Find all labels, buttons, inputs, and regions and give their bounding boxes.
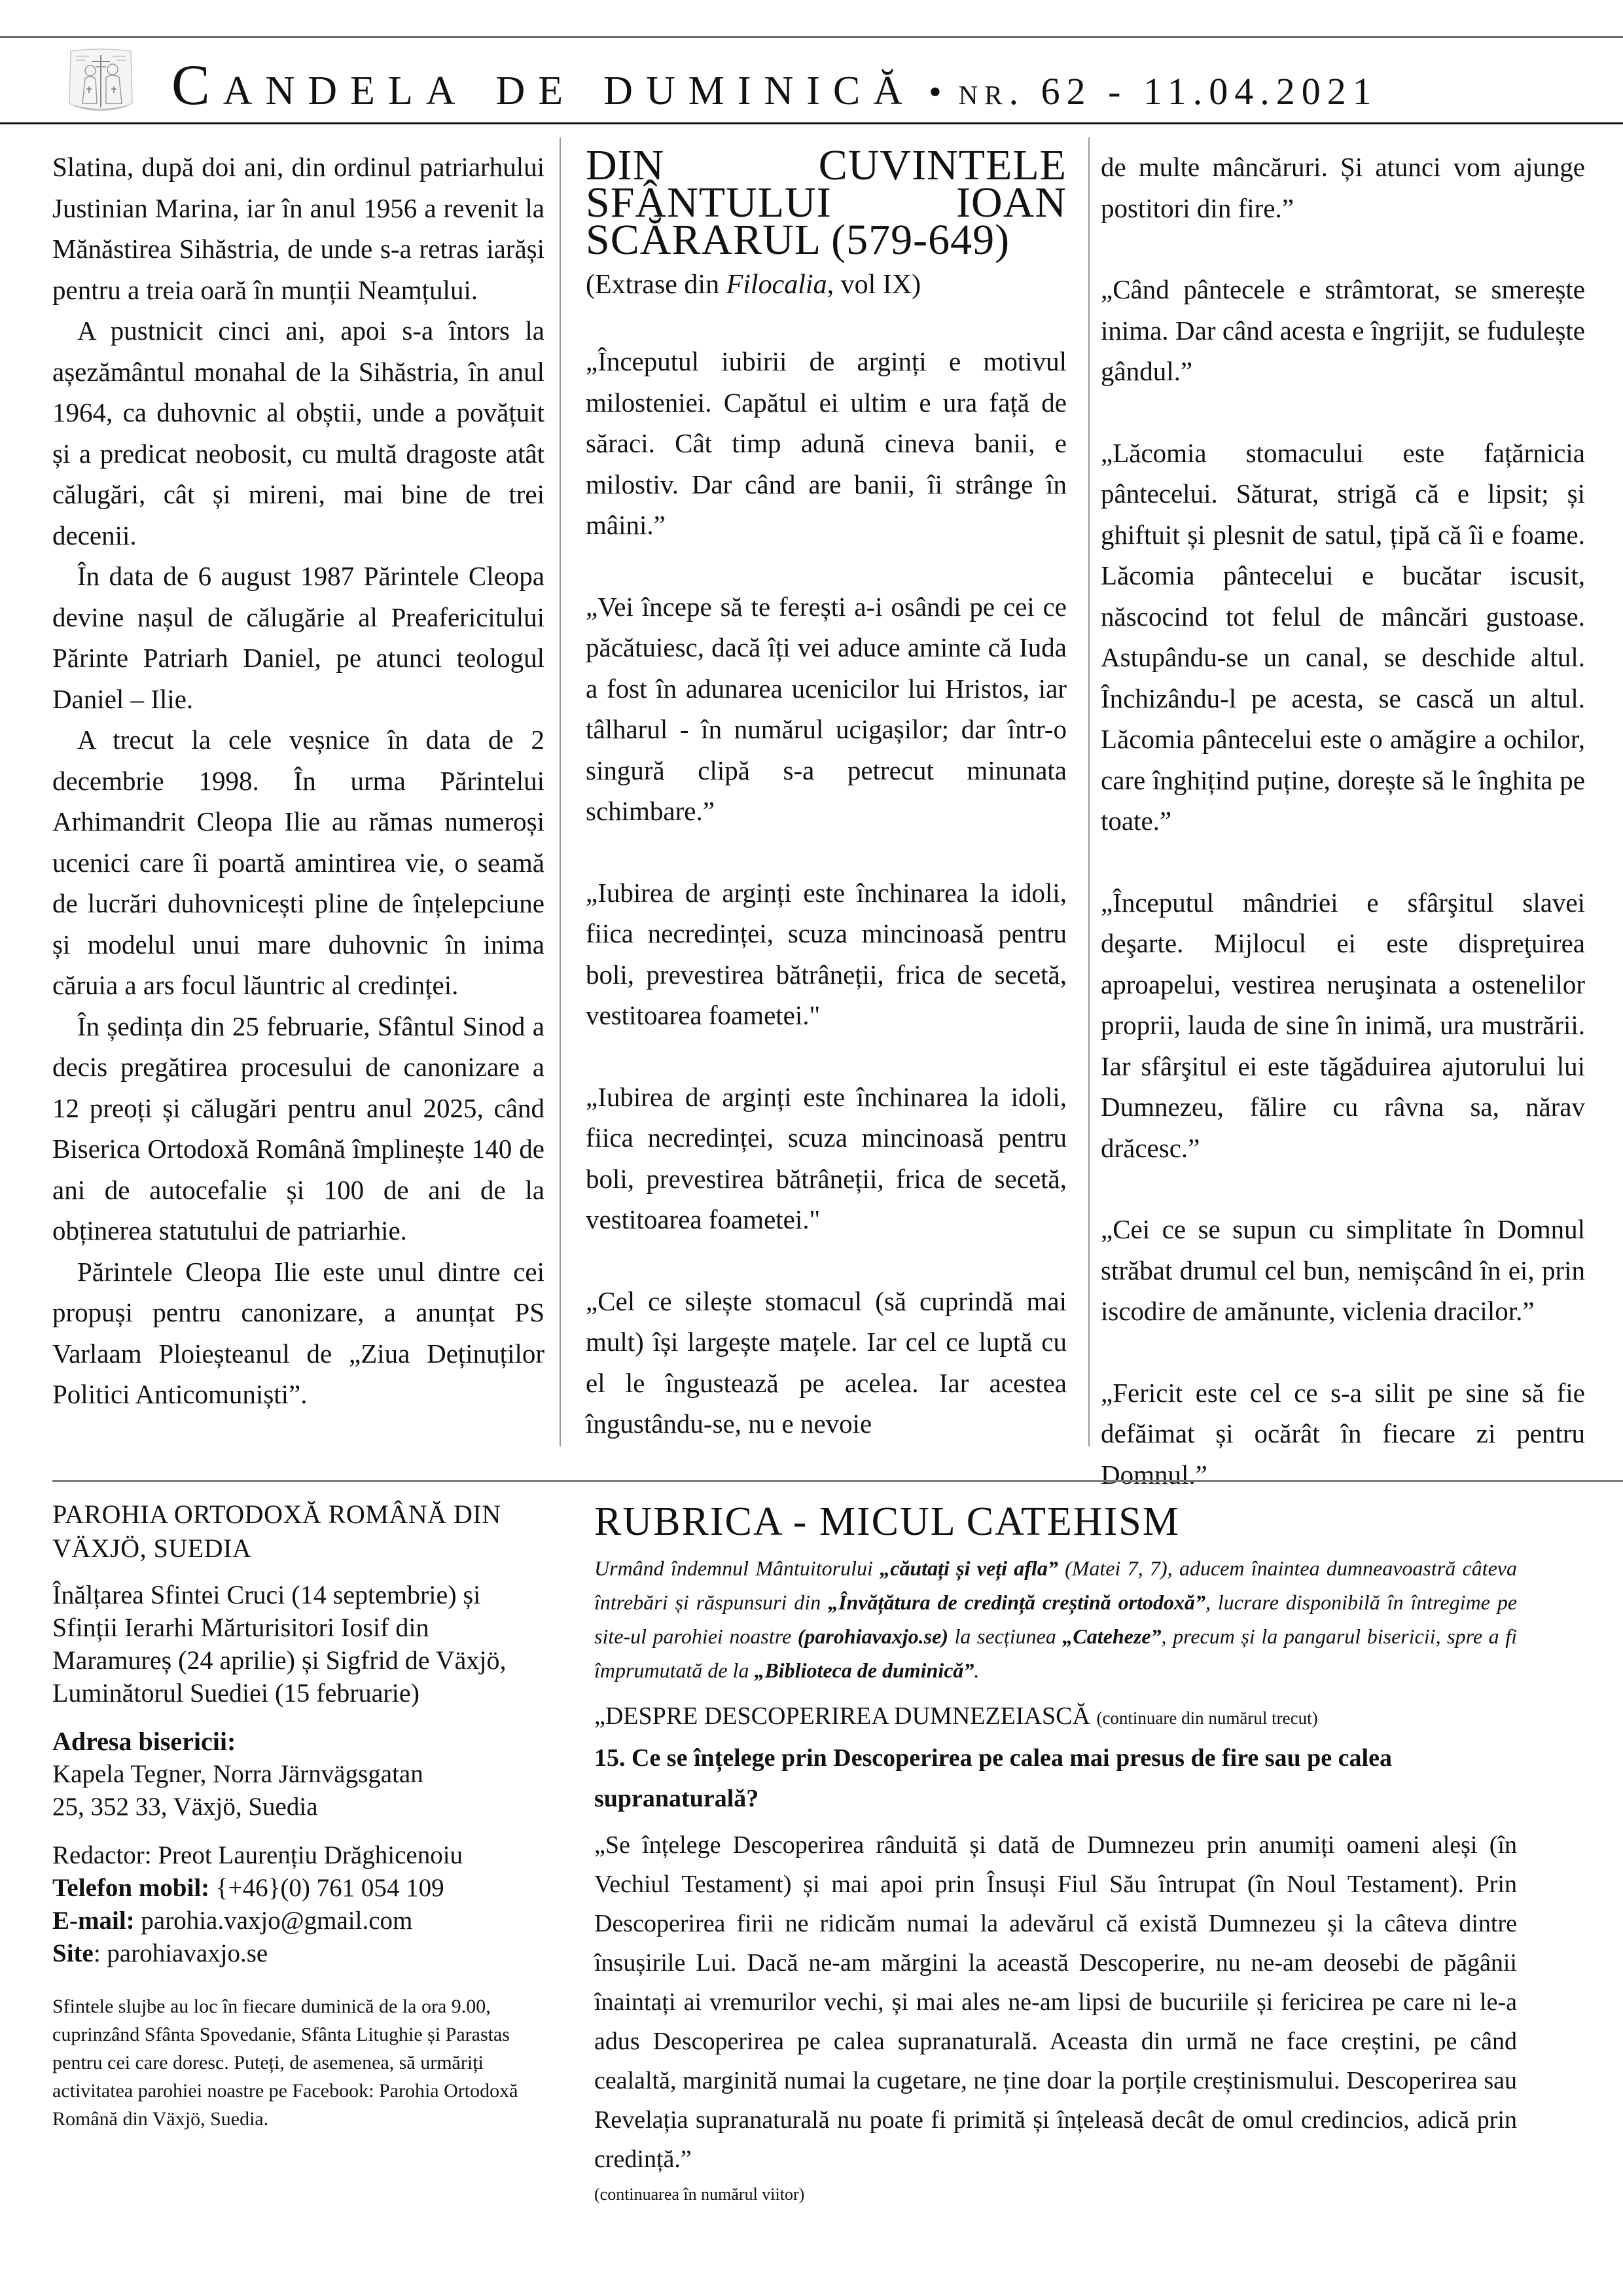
intro-emphasis: „căutați și veți afla”: [880, 1556, 1058, 1580]
email-link[interactable]: parohia.vaxjo@gmail.com: [135, 1907, 413, 1935]
quote: „Începutul iubirii de arginți e motivul …: [586, 341, 1067, 546]
catechism-section: RUBRICA - MICUL CATEHISM Urmând îndemnul…: [594, 1499, 1517, 2210]
header-rule: [0, 122, 1623, 124]
intro-emphasis: „Cateheze”: [1062, 1624, 1161, 1648]
quote: „Când pântecele e strâmtorat, se smereșt…: [1101, 269, 1585, 392]
catechism-question: 15. Ce se înțelege prin Descoperirea pe …: [594, 1738, 1517, 1819]
editor: Redactor: Preot Laurențiu Drăghicenoiu: [52, 1839, 550, 1872]
bullet-separator: •: [929, 71, 942, 113]
parish-title: PAROHIA ORTODOXĂ ROMÂNĂ DIN VÄXJÖ, SUEDI…: [52, 1498, 550, 1566]
phone-row: Telefon mobil: {+46}(0) 761 054 109: [52, 1872, 550, 1905]
quote: „Fericit este cel ce s-a silit pe sine s…: [1101, 1372, 1585, 1496]
intro-text: la secțiunea: [948, 1624, 1062, 1648]
quote: „Cel ce silește stomacul (să cuprindă ma…: [586, 1281, 1067, 1444]
paragraph: Părintele Cleopa Ilie este unul dintre c…: [52, 1251, 544, 1415]
services-note: Sfintele slujbe au loc în fiecare dumini…: [52, 1992, 550, 2133]
phone-number: {+46}(0) 761 054 109: [209, 1874, 444, 1902]
intro-emphasis: „Biblioteca de duminică”: [754, 1659, 974, 1682]
paragraph: În data de 6 august 1987 Părintele Cleop…: [52, 556, 544, 719]
site-link[interactable]: : parohiavaxjo.se: [94, 1939, 268, 1967]
article-column-right: de multe mâncăruri. Și atunci vom ajunge…: [1101, 147, 1585, 1535]
paragraph: A pustnicit cinci ani, apoi s-a întors l…: [52, 310, 544, 556]
catechism-subtitle: „DESPRE DESCOPERIREA DUMNEZEIASCĂ (conti…: [594, 1699, 1517, 1735]
intro-text: Urmând îndemnul Mântuitorului: [594, 1556, 880, 1580]
email-label: E-mail:: [52, 1907, 135, 1935]
article-column-left: DIN CUVINTELE SFÂNTULUI IOAN SCĂRARUL (5…: [586, 147, 1067, 1444]
subtitle-note: (continuare din numărul trecut): [1096, 1708, 1317, 1728]
intro-emphasis: „Învățătura de credință creștină ortodox…: [828, 1590, 1205, 1614]
site-row: Site: parohiavaxjo.se: [52, 1937, 550, 1970]
site-label: Site: [52, 1939, 94, 1967]
address-line: Kapela Tegner, Norra Järnvägsgatan: [52, 1758, 550, 1791]
catechism-answer: „Se înțelege Descoperirea rânduită și da…: [594, 1825, 1517, 2179]
paragraph: În ședința din 25 februarie, Sfântul Sin…: [52, 1006, 544, 1251]
quote: „Cei ce se supun cu simplitate în Domnul…: [1101, 1209, 1585, 1332]
intro-text: .: [974, 1659, 979, 1682]
parish-feasts: Înălțarea Sfintei Cruci (14 septembrie) …: [52, 1579, 550, 1710]
quote: „Lăcomia stomacului este fațărnicia pânt…: [1101, 433, 1585, 842]
subtitle-book-title: Filocalia: [726, 270, 827, 300]
phone-label: Telefon mobil:: [52, 1874, 209, 1902]
quote: „Începutul mândriei e sfârşitul slavei d…: [1101, 882, 1585, 1169]
paragraph: A trecut la cele veșnice în data de 2 de…: [52, 719, 544, 1006]
quote: „Vei începe să te ferești a-i osândi pe …: [586, 586, 1067, 832]
catechism-title: RUBRICA - MICUL CATEHISM: [594, 1499, 1517, 1545]
subtitle-text: (Extrase din: [586, 270, 726, 300]
masthead: Candela de duminică • nr. 62 - 11.04.202…: [171, 52, 1378, 111]
subtitle-text: „DESPRE DESCOPERIREA DUMNEZEIASCĂ: [594, 1702, 1096, 1730]
biography-column: Slatina, după doi ani, din ordinul patri…: [52, 147, 544, 1415]
email-row: E-mail: parohia.vaxjo@gmail.com: [52, 1905, 550, 1937]
site-link[interactable]: (parohiavaxjo.se): [798, 1624, 948, 1648]
quote: „Iubirea de arginți este închinarea la i…: [586, 1077, 1067, 1240]
section-rule: [52, 1480, 1623, 1482]
catechism-intro: Urmând îndemnul Mântuitorului „căutați ș…: [594, 1551, 1517, 1687]
address-label: Adresa bisericii:: [52, 1725, 550, 1758]
column-divider: [1088, 137, 1090, 1446]
quote: de multe mâncăruri. Și atunci vom ajunge…: [1101, 147, 1585, 228]
article-subtitle: (Extrase din Filocalia, vol IX): [586, 266, 1067, 303]
quote: „Iubirea de arginți este închinarea la i…: [586, 872, 1067, 1036]
article-title: DIN CUVINTELE SFÂNTULUI IOAN SCĂRARUL (5…: [586, 147, 1067, 259]
top-rule: [0, 36, 1623, 38]
issue-number-date: nr. 62 - 11.04.2021: [959, 69, 1378, 113]
address-line: 25, 352 33, Växjö, Suedia: [52, 1791, 550, 1823]
parish-info: PAROHIA ORTODOXĂ ROMÂNĂ DIN VÄXJÖ, SUEDI…: [52, 1498, 550, 2133]
newsletter-title: Candela de duminică: [171, 52, 916, 118]
continuation-note: (continuarea în numărul viitor): [594, 2179, 1517, 2210]
paragraph: Slatina, după doi ani, din ordinul patri…: [52, 147, 544, 310]
subtitle-text: , vol IX): [827, 270, 921, 300]
saints-emblem-icon: [65, 47, 136, 118]
column-divider: [560, 137, 561, 1446]
